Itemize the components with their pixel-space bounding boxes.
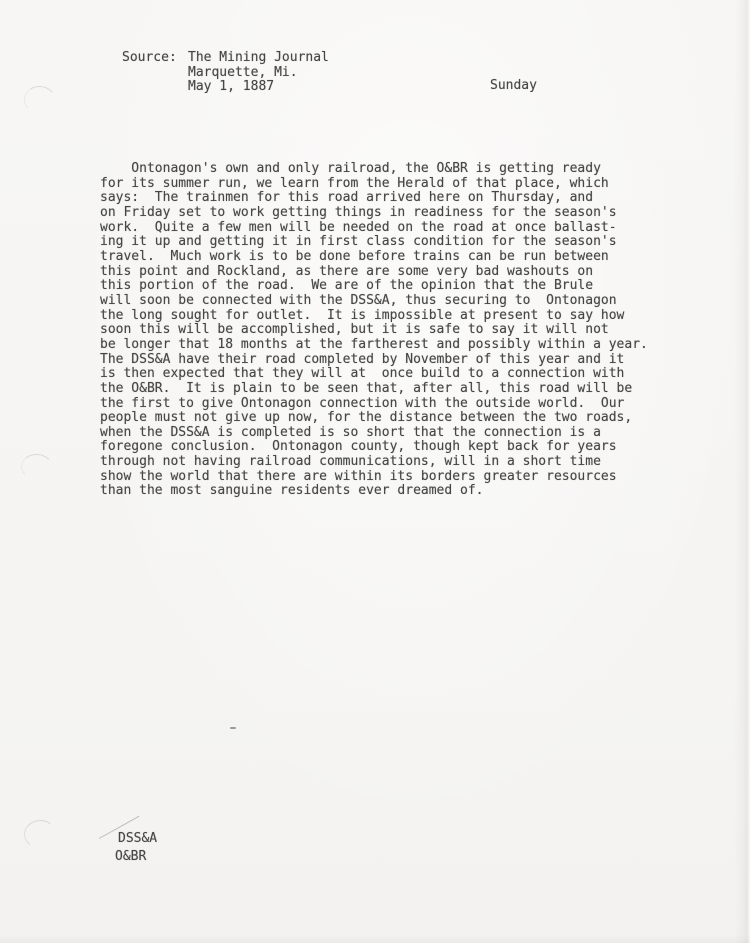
scan-edge-right [734, 0, 750, 943]
stray-pencil-mark [230, 727, 236, 729]
scanned-document-page: Source: The Mining Journal Marquette, Mi… [0, 0, 750, 943]
notation-dssa: DSS&A [118, 832, 157, 847]
punch-hole-mark-middle [20, 453, 54, 481]
weekday-label: Sunday [490, 79, 537, 94]
article-body: Ontonagon's own and only railroad, the O… [100, 162, 648, 499]
scan-edge-bottom [0, 935, 750, 943]
punch-hole-mark-top [22, 84, 58, 116]
notation-obr: O&BR [115, 850, 146, 865]
source-label: Source: [122, 51, 177, 66]
punch-hole-mark-bottom [23, 818, 58, 849]
source-citation: The Mining Journal Marquette, Mi. May 1,… [188, 51, 329, 95]
